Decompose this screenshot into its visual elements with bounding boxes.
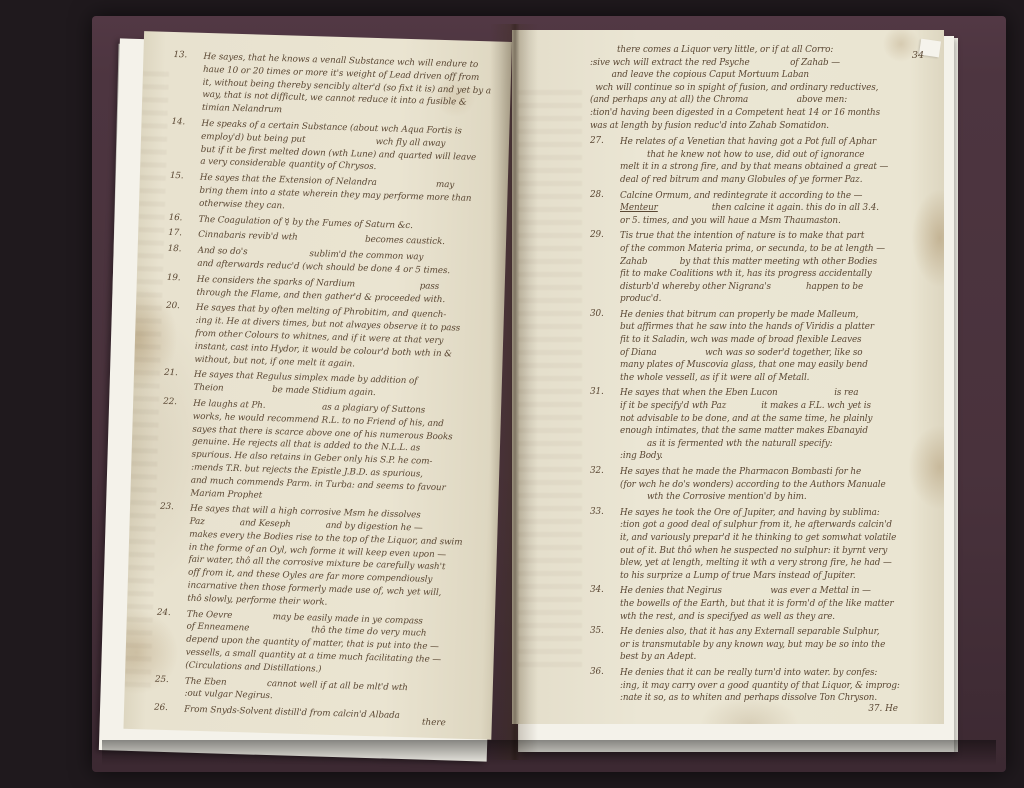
item-body: He laughs at Ph. as a plagiary of Sutton…: [190, 398, 493, 509]
manuscript-line: He denies also, that it has any External…: [620, 626, 932, 639]
item-body: He sayes that he made the Pharmacon Bomb…: [620, 466, 932, 504]
item-body: He sayes that by often melting of Phrobi…: [194, 302, 496, 375]
left-page: 13.He sayes, that he knows a venall Subs…: [123, 31, 512, 740]
manuscript-item: 22.He laughs at Ph. as a plagiary of Sut…: [160, 397, 493, 509]
page-edges-right-stack: [954, 32, 996, 758]
manuscript-item: 24.The Oevre may be easily made in ye co…: [155, 607, 487, 681]
item-number: 15.: [169, 171, 200, 210]
manuscript-line: produc'd.: [620, 293, 932, 306]
manuscript-line: :nate it so, as to whiten and perhaps di…: [620, 692, 932, 705]
item-body: He sayes that will a high corrosive Msm …: [187, 503, 490, 614]
manuscript-line: :tion got a good deal of sulphur from it…: [620, 519, 932, 532]
item-number: 21.: [163, 368, 194, 394]
manuscript-line: not advisable to be done, and at the sam…: [620, 413, 932, 426]
manuscript-item: 32.He sayes that he made the Pharmacon B…: [590, 466, 932, 504]
item-number: 31.: [590, 387, 620, 463]
item-body: He relates of a Venetian that having got…: [620, 136, 932, 186]
item-body: He speaks of a certain Substance (about …: [200, 118, 501, 178]
manuscript-line: melt it in a strong fire, and by that me…: [620, 161, 932, 174]
manuscript-item: 35.He denies also, that it has any Exter…: [590, 626, 932, 664]
item-number: 13.: [172, 50, 204, 115]
item-number: 20.: [164, 301, 196, 366]
item-number: 19.: [166, 273, 197, 299]
manuscript-item: 23.He sayes that will a high corrosive M…: [157, 502, 490, 614]
manuscript-line: (for wch he do's wonders) according to t…: [620, 479, 932, 492]
left-page-stack: 13.He sayes, that he knows a venall Subs…: [99, 30, 512, 763]
manuscript-line: He relates of a Venetian that having got…: [620, 136, 932, 149]
manuscript-line: the bowells of the Earth, but that it is…: [620, 598, 932, 611]
left-page-text: 13.He sayes, that he knows a venall Subs…: [154, 50, 504, 731]
manuscript-line: fit to it Saladin, wch was made of broad…: [620, 334, 932, 347]
manuscript-line: many plates of Muscovia glass, that one …: [620, 359, 932, 372]
manuscript-line: blew, yet at length, melting it wth a ve…: [620, 557, 932, 570]
bleed-through-right: [518, 90, 582, 670]
right-page-opening: there comes a Liquor very little, or if …: [590, 44, 932, 132]
item-number: 25.: [154, 674, 185, 700]
item-number: 28.: [590, 190, 620, 228]
manuscript-item: 15.He sayes that the Extension of Neland…: [169, 171, 500, 219]
manuscript-item: 36.He denies that it can be really turn'…: [590, 667, 932, 705]
manuscript-line: of Diana wch was so soder'd together, li…: [620, 347, 932, 360]
manuscript-line: the whole vessell, as if it were all of …: [620, 372, 932, 385]
manuscript-item: 34.He denies that Negirus was ever a Met…: [590, 585, 932, 623]
item-number: 33.: [590, 507, 620, 583]
manuscript-line: out of it. But thô when he suspected no …: [620, 545, 932, 558]
manuscript-line: or is transmutable by any known way, but…: [620, 639, 932, 652]
manuscript-line: deal of red bitrum and many Globules of …: [620, 174, 932, 187]
manuscript-line: Menteur then calcine it again. this do i…: [620, 202, 932, 215]
manuscript-item: 31.He sayes that when the Eben Lucon is …: [590, 387, 932, 463]
item-number: 23.: [157, 502, 190, 605]
manuscript-line: He sayes that he made the Pharmacon Bomb…: [620, 466, 932, 479]
manuscript-line: but affirmes that he saw into the hands …: [620, 321, 932, 334]
manuscript-item: 30.He denies that bitrum can properly be…: [590, 309, 932, 385]
manuscript-line: best by an Adept.: [620, 651, 932, 664]
manuscript-item: 20.He sayes that by often melting of Phr…: [164, 301, 496, 375]
manuscript-line: to his surprize a Lump of true Mars inst…: [620, 570, 932, 583]
manuscript-line: :ing, it may carry over a good quantity …: [620, 680, 932, 693]
right-page-items: 27.He relates of a Venetian that having …: [590, 136, 932, 705]
manuscript-line: wth the rest, and is specifyed as well a…: [620, 611, 932, 624]
item-number: 36.: [590, 667, 620, 705]
manuscript-line: or 5. times, and you will haue a Msm Tha…: [620, 215, 932, 228]
item-number: 34.: [590, 585, 620, 623]
manuscript-item: 13.He sayes, that he knows a venall Subs…: [172, 50, 504, 124]
manuscript-item: 33.He sayes he took the Ore of Jupiter, …: [590, 507, 932, 583]
item-number: 16.: [168, 212, 198, 226]
right-page-text: there comes a Liquor very little, or if …: [590, 44, 932, 716]
manuscript-line: :tion'd having been digested in a Compet…: [590, 107, 932, 120]
manuscript-item: 27.He relates of a Venetian that having …: [590, 136, 932, 186]
manuscript-line: :ing Body.: [620, 450, 932, 463]
manuscript-item: 28.Calcine Ormum, and redintegrate it ac…: [590, 190, 932, 228]
left-page-items: 13.He sayes, that he knows a venall Subs…: [154, 50, 504, 726]
item-number: 26.: [154, 703, 184, 717]
item-number: 18.: [167, 244, 198, 270]
manuscript-line: was at length by fusion reduc'd into Zah…: [590, 120, 932, 133]
item-body: He sayes that the Extension of Nelandra …: [199, 172, 500, 219]
item-number: 30.: [590, 309, 620, 385]
manuscript-line: Tis true that the intention of nature is…: [620, 230, 932, 243]
item-number: 14.: [170, 117, 202, 169]
manuscript-line: fit to make Coalitions wth it, has its p…: [620, 268, 932, 281]
manuscript-line: that he knew not how to use, did out of …: [620, 149, 932, 162]
manuscript-line: it, and variously prepar'd it he thinkin…: [620, 532, 932, 545]
right-page: 34 there comes a Liquor very little, or …: [512, 30, 944, 724]
item-number: 22.: [160, 397, 193, 500]
item-body: He denies that it can be really turn'd i…: [620, 667, 932, 705]
item-body: He sayes that when the Eben Lucon is rea…: [620, 387, 932, 463]
manuscript-line: He denies that Negirus was ever a Mettal…: [620, 585, 932, 598]
item-body: He sayes he took the Ore of Jupiter, and…: [620, 507, 932, 583]
item-body: Calcine Ormum, and redintegrate it accor…: [620, 190, 932, 228]
manuscript-item: 14.He speaks of a certain Substance (abo…: [170, 117, 501, 178]
manuscript-line: wch will continue so in spight of fusion…: [590, 82, 932, 95]
item-number: 17.: [168, 228, 198, 242]
item-body: He denies that Negirus was ever a Mettal…: [620, 585, 932, 623]
manuscript-line: wth the Corrosive mention'd by him.: [620, 491, 932, 504]
manuscript-line: He denies that it can be really turn'd i…: [620, 667, 932, 680]
item-number: 27.: [590, 136, 620, 186]
manuscript-line: :sive wch will extract the red Psyche of…: [590, 57, 932, 70]
manuscript-line: He sayes that when the Eben Lucon is rea: [620, 387, 932, 400]
manuscript-line: and leave the copious Caput Mortuum Laba…: [590, 69, 932, 82]
manuscript-line: there comes a Liquor very little, or if …: [590, 44, 932, 57]
item-number: 24.: [155, 607, 187, 672]
manuscript-line: disturb'd whereby other Nigrana's happen…: [620, 281, 932, 294]
manuscript-item: 29.Tis true that the intention of nature…: [590, 230, 932, 306]
item-number: 32.: [590, 466, 620, 504]
book: 13.He sayes, that he knows a venall Subs…: [92, 16, 1006, 772]
manuscript-line: as it is fermented wth the naturall spec…: [620, 438, 932, 451]
item-number: 29.: [590, 230, 620, 306]
manuscript-line: He sayes he took the Ore of Jupiter, and…: [620, 507, 932, 520]
item-body: He sayes, that he knows a venall Substan…: [202, 51, 504, 124]
catchword-left: there: [422, 718, 446, 729]
manuscript-line: Calcine Ormum, and redintegrate it accor…: [620, 190, 932, 203]
item-number: 35.: [590, 626, 620, 664]
manuscript-line: (and perhaps any at all) the Chroma abov…: [590, 94, 932, 107]
manuscript-line: Zahab by that this matter meeting wth ot…: [620, 256, 932, 269]
catchword-right: 37. He: [868, 704, 898, 714]
item-body: He denies also, that it has any External…: [620, 626, 932, 664]
item-body: The Oevre may be easily made in ye compa…: [185, 608, 487, 681]
item-body: Tis true that the intention of nature is…: [620, 230, 932, 306]
manuscript-line: if it be specify'd wth Paz it makes a F.…: [620, 400, 932, 413]
manuscript-line: of the common Materia prima, or secunda,…: [620, 243, 932, 256]
manuscript-line: He denies that bitrum can properly be ma…: [620, 309, 932, 322]
item-body: He denies that bitrum can properly be ma…: [620, 309, 932, 385]
manuscript-line: enough intimates, that the same matter m…: [620, 425, 932, 438]
